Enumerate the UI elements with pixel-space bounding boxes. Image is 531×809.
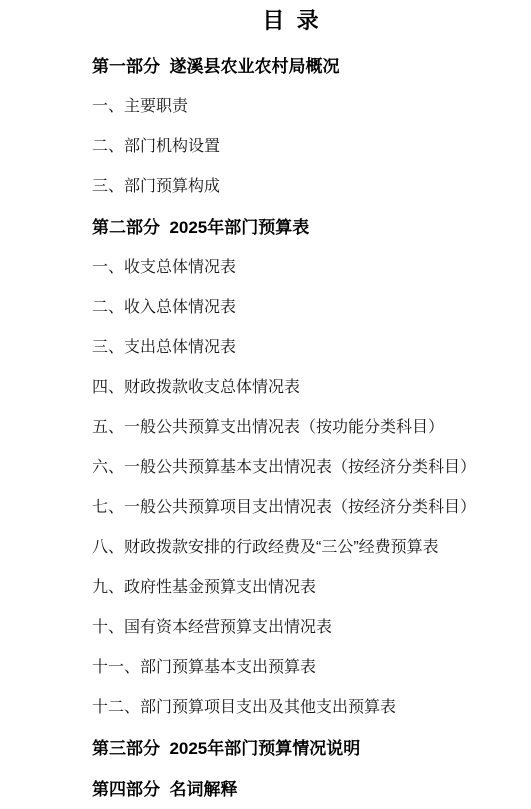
toc-entry: 三、部门预算构成 [92, 178, 517, 196]
toc-entry: 四、财政拨款收支总体情况表 [92, 379, 517, 397]
toc-entry: 六、一般公共预算基本支出情况表（按经济分类科目） [92, 459, 517, 477]
toc-entry: 二、收入总体情况表 [92, 299, 517, 317]
toc-list: 第一部分 遂溪县农业农村局概况 一、主要职责 二、部门机构设置 三、部门预算构成… [0, 57, 531, 800]
toc-section-heading: 第四部分 名词解释 [92, 780, 517, 800]
toc-entry: 五、一般公共预算支出情况表（按功能分类科目） [92, 419, 517, 437]
page-title: 目 录 [0, 8, 531, 34]
toc-entry: 八、财政拨款安排的行政经费及“三公”经费预算表 [92, 539, 517, 557]
toc-section-heading: 第一部分 遂溪县农业农村局概况 [92, 57, 517, 77]
toc-entry: 十、国有资本经营预算支出情况表 [92, 619, 517, 637]
toc-entry: 一、收支总体情况表 [92, 259, 517, 277]
toc-entry: 一、主要职责 [92, 98, 517, 116]
document-page: 目 录 第一部分 遂溪县农业农村局概况 一、主要职责 二、部门机构设置 三、部门… [0, 0, 531, 809]
toc-entry: 二、部门机构设置 [92, 138, 517, 156]
toc-entry: 三、支出总体情况表 [92, 339, 517, 357]
toc-entry: 十一、部门预算基本支出预算表 [92, 659, 517, 677]
toc-entry: 十二、部门预算项目支出及其他支出预算表 [92, 699, 517, 717]
toc-section-heading: 第三部分 2025年部门预算情况说明 [92, 739, 517, 759]
toc-entry: 九、政府性基金预算支出情况表 [92, 579, 517, 597]
toc-entry: 七、一般公共预算项目支出情况表（按经济分类科目） [92, 499, 517, 517]
toc-section-heading: 第二部分 2025年部门预算表 [92, 218, 517, 238]
